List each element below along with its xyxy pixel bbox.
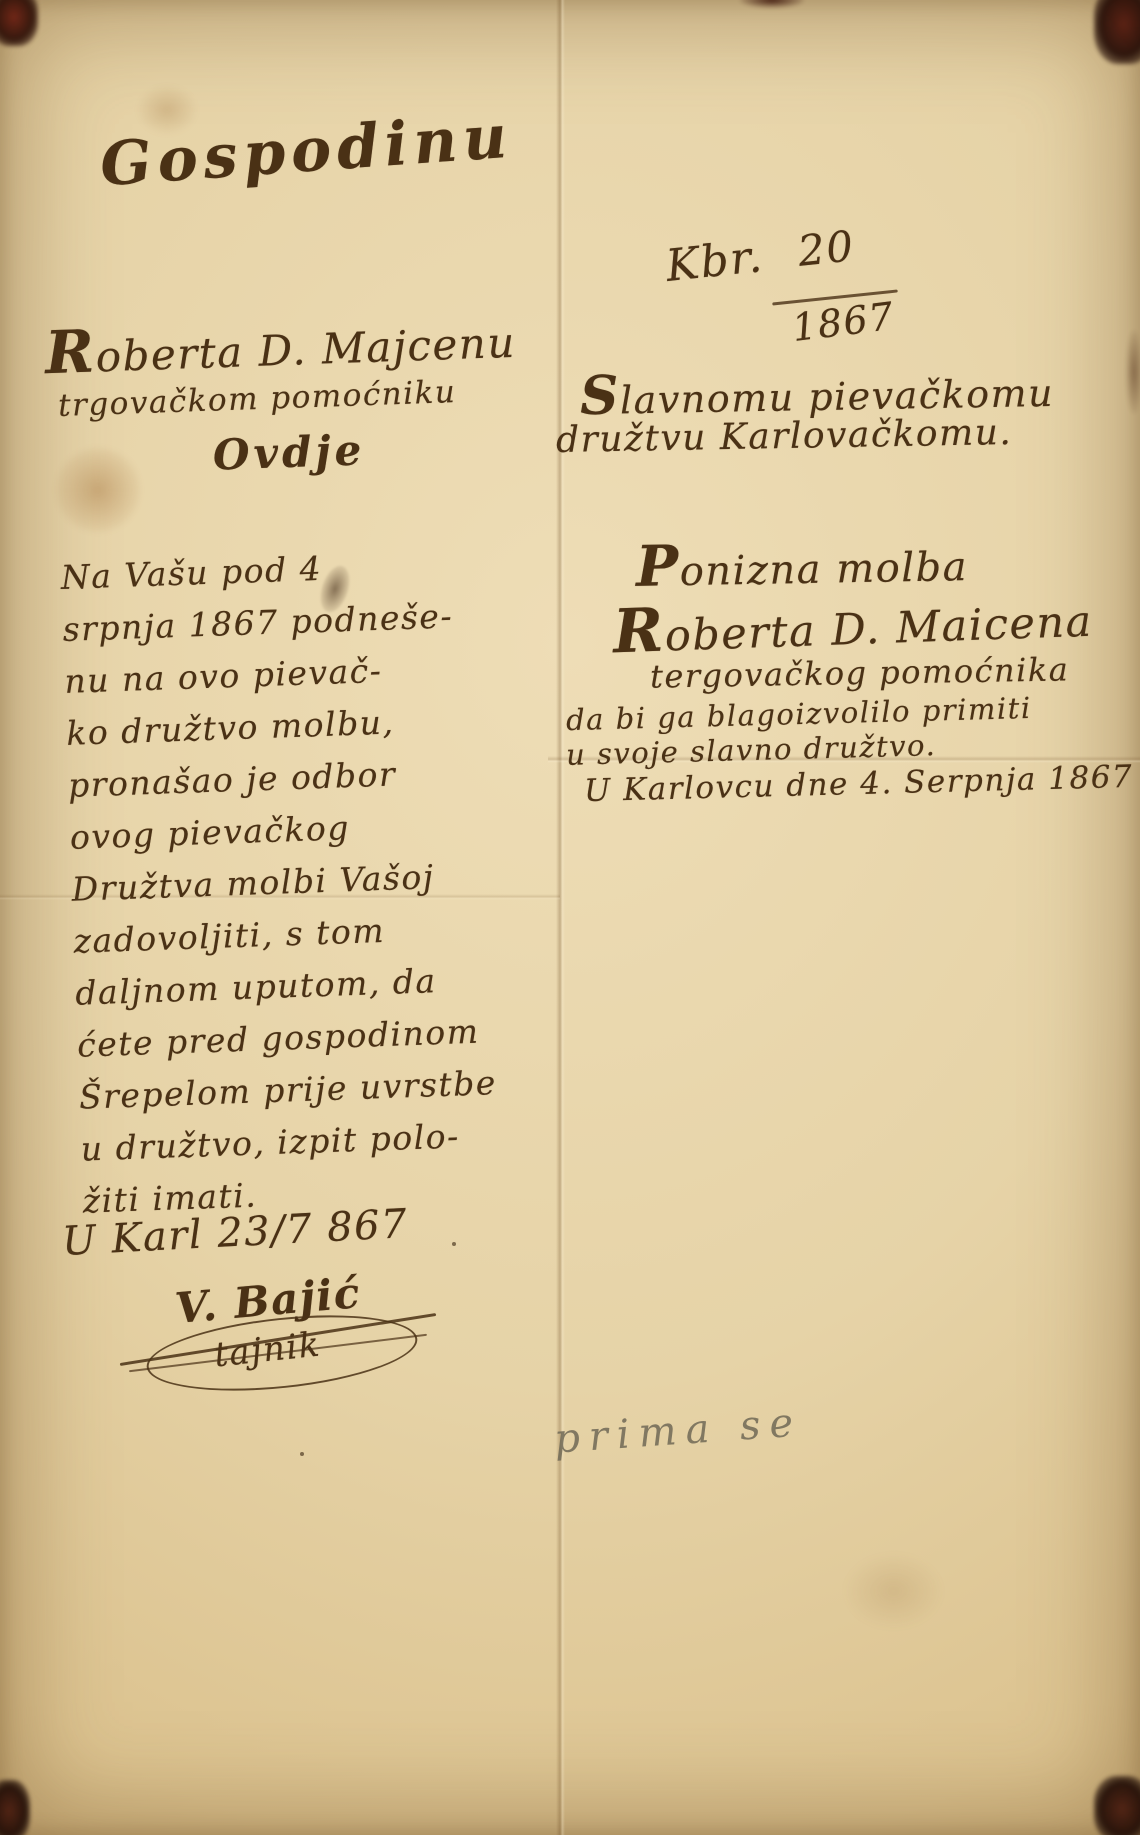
reference-label: Kbr. <box>664 231 766 292</box>
corner-damage-bottom-left <box>0 1780 30 1835</box>
vertical-fold-crease <box>556 0 565 1835</box>
petitioner-title: tergovačkog pomoćnika <box>650 650 1070 695</box>
recipient-place: Ovdje <box>212 425 366 479</box>
ink-speck <box>452 1242 456 1246</box>
scanned-letter-1867: { "colors": { "paper_base": "#e6d3a7", "… <box>0 0 1140 1835</box>
corner-damage-bottom-right <box>1094 1776 1140 1835</box>
reference-number: 20 <box>796 221 857 276</box>
edge-damage-right <box>1126 330 1140 414</box>
letter-body: Na Vašu pod 4 srpnja 1867 podneše- nu na… <box>60 537 501 1227</box>
corner-damage-top-left <box>0 0 38 46</box>
addressee-line2: družtvu Karlovačkomu. <box>556 412 1013 461</box>
ink-speck <box>300 1452 304 1456</box>
corner-damage-top-right <box>1094 0 1140 64</box>
